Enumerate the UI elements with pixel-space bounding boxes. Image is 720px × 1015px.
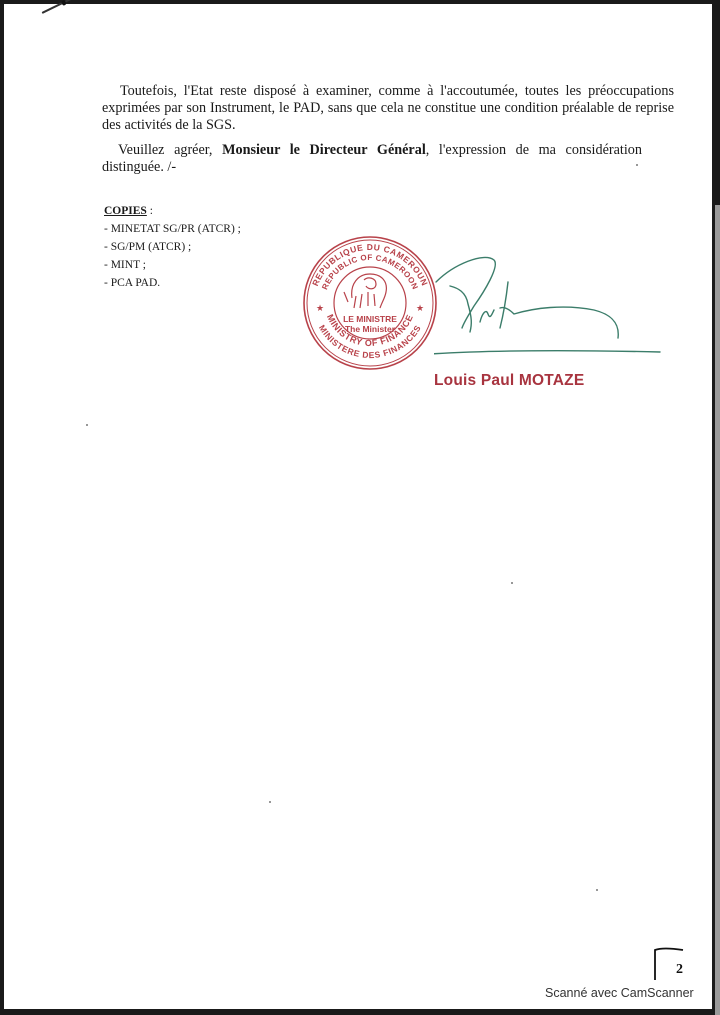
camscanner-watermark: Scanné avec CamScanner: [545, 986, 694, 1000]
scan-speck: [269, 801, 271, 803]
salutation-prefix: Veuillez agréer,: [118, 142, 222, 158]
scan-speck: [596, 889, 598, 891]
scan-speck: [86, 424, 88, 426]
copies-heading-suffix: :: [147, 205, 153, 217]
copies-item: - PCA PAD.: [104, 274, 241, 292]
scan-speck: [511, 582, 513, 584]
svg-text:LE MINISTRE: LE MINISTRE: [343, 314, 397, 324]
page-number: 2: [676, 962, 683, 978]
salutation-addressee: Monsieur le Directeur Général: [222, 142, 426, 158]
signature-icon: [434, 242, 674, 362]
scan-speck: [636, 164, 638, 166]
svg-text:★: ★: [316, 303, 324, 313]
svg-text:★: ★: [416, 303, 424, 313]
closing-paragraph: Toutefois, l'Etat reste disposé à examin…: [102, 83, 674, 134]
scrollbar[interactable]: [715, 205, 720, 1015]
document-page: Toutefois, l'Etat reste disposé à examin…: [4, 4, 712, 1009]
signatory-name: Louis Paul MOTAZE: [434, 372, 584, 390]
paragraph-text: Toutefois, l'Etat reste disposé à examin…: [102, 83, 674, 133]
copies-heading: COPIES: [104, 205, 147, 217]
copies-item: - SG/PM (ATCR) ;: [104, 238, 241, 256]
copies-item: - MINETAT SG/PR (ATCR) ;: [104, 220, 241, 238]
copies-item: - MINT ;: [104, 256, 241, 274]
official-stamp-icon: REPUBLIQUE DU CAMEROUN REPUBLIC OF CAMER…: [300, 236, 440, 370]
svg-text:The Minister: The Minister: [345, 324, 396, 334]
pen-mark-icon: [42, 0, 91, 14]
salutation-paragraph: Veuillez agréer, Monsieur le Directeur G…: [102, 142, 642, 176]
copies-list: COPIES : - MINETAT SG/PR (ATCR) ; - SG/P…: [104, 202, 241, 292]
